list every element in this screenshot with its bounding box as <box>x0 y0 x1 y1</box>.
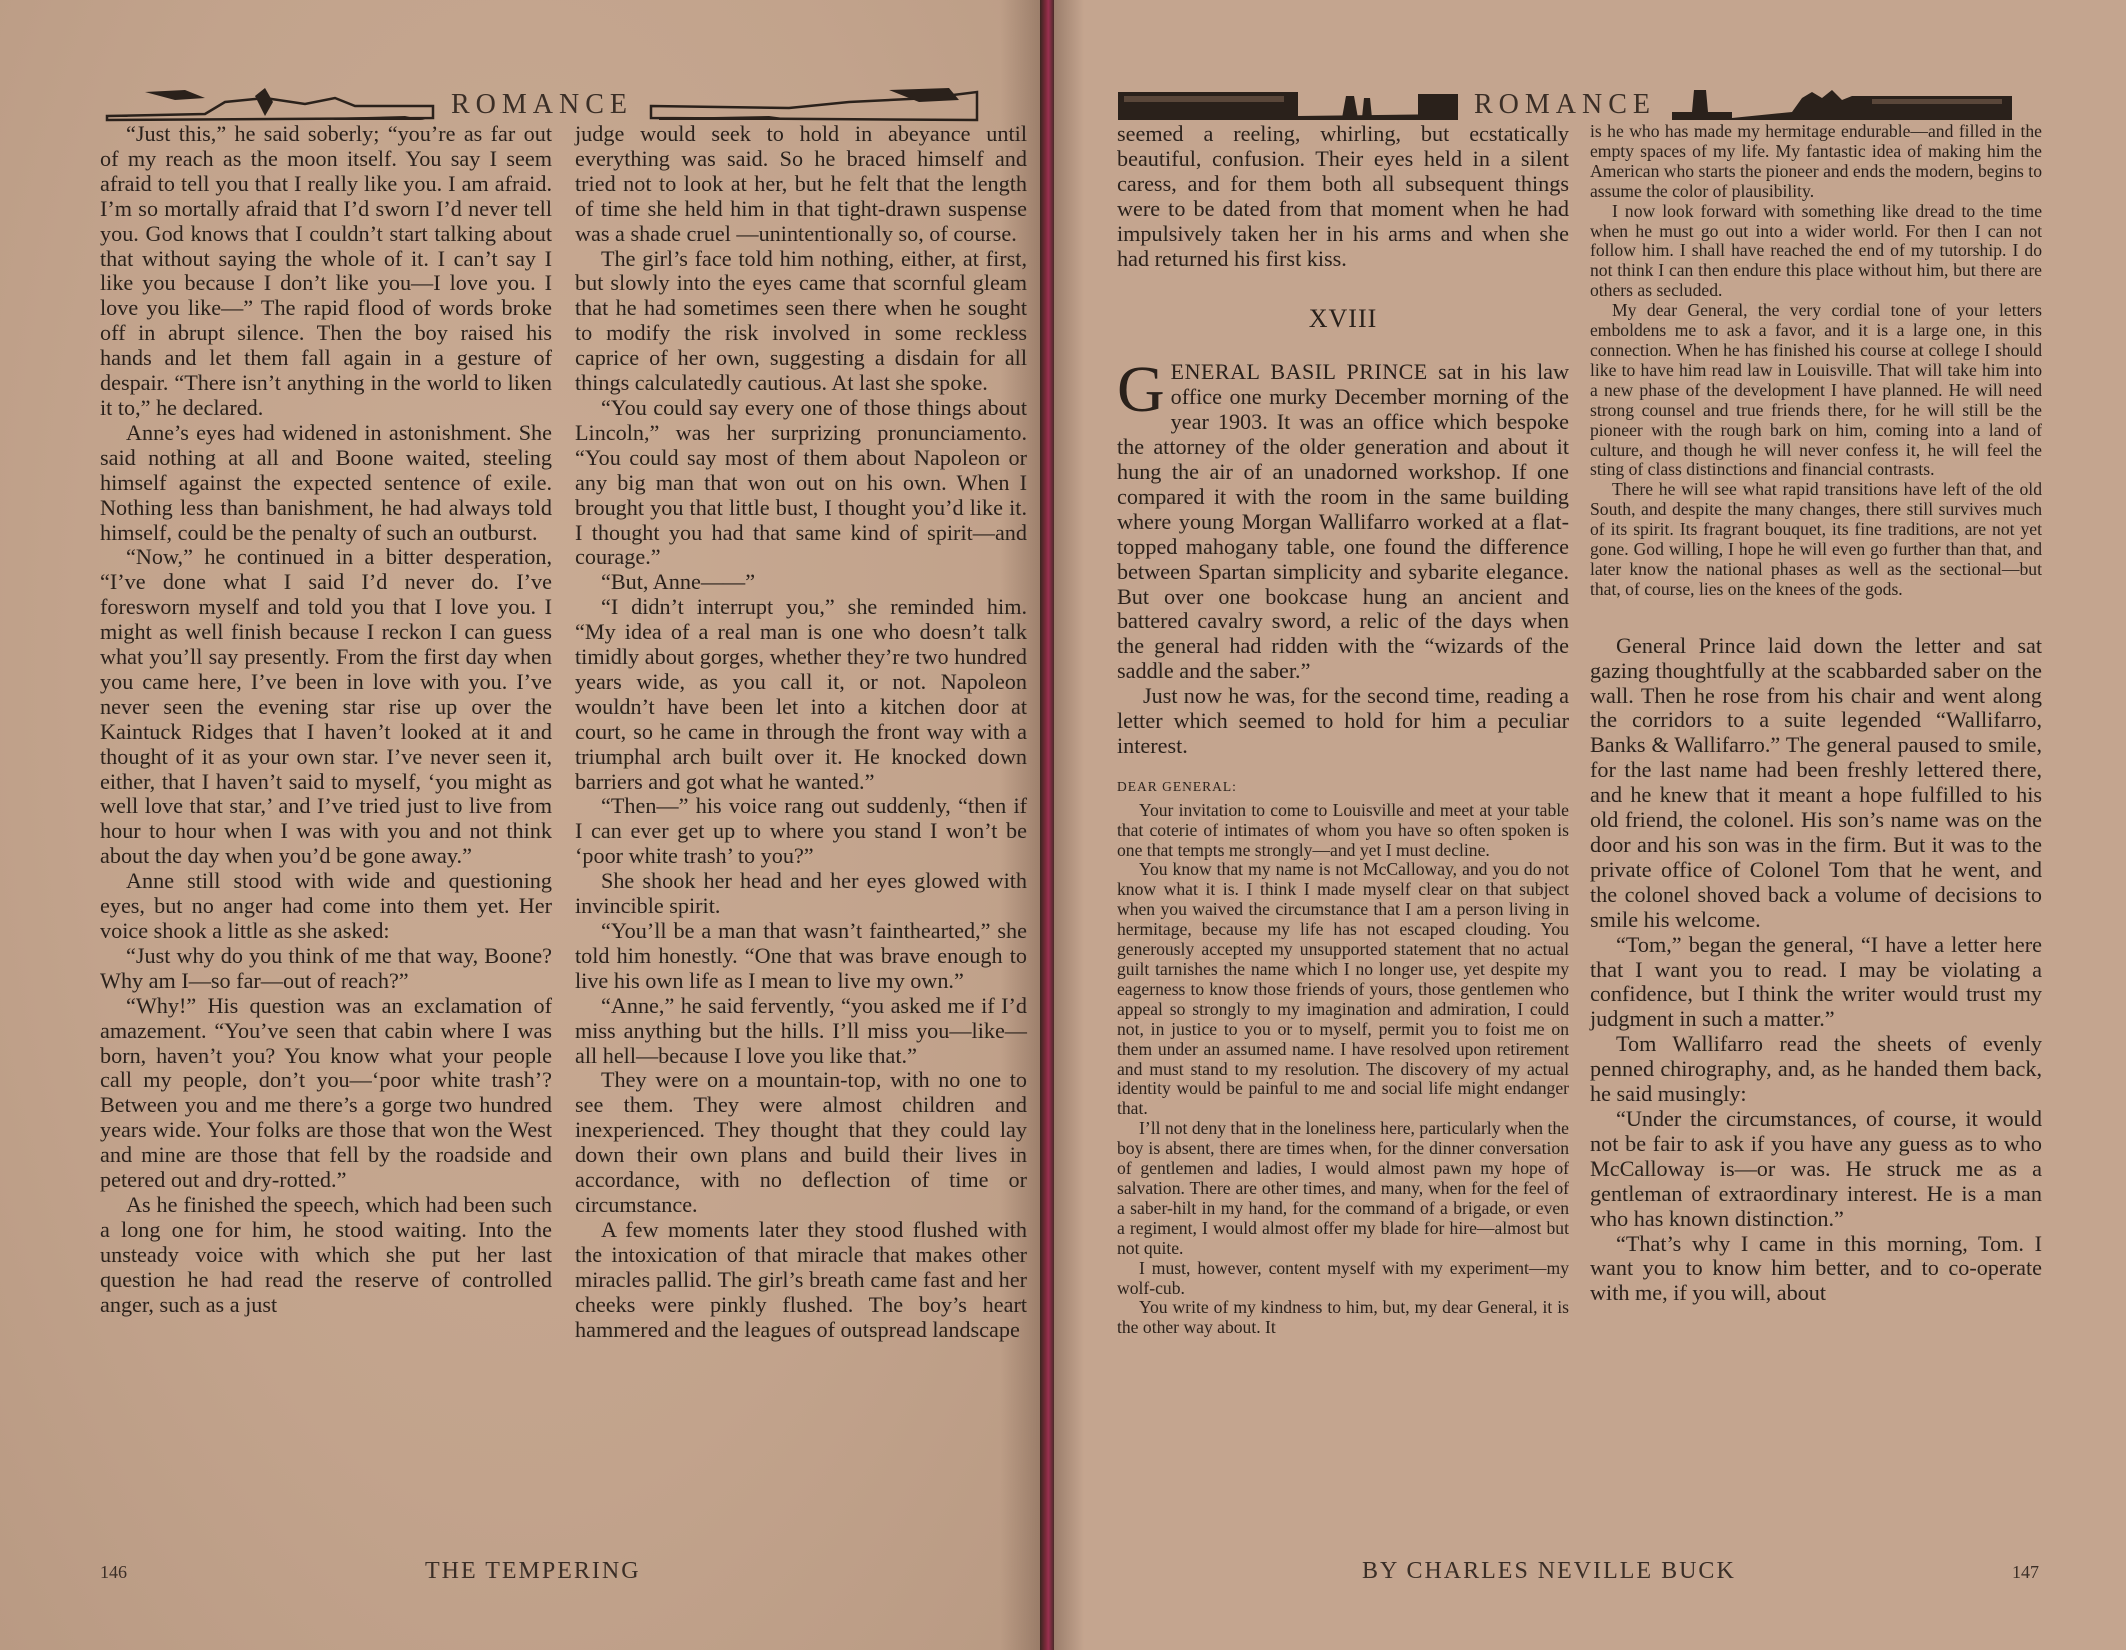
letter-paragraph: is he who has made my hermitage endurabl… <box>1590 122 2042 202</box>
opening-smallcaps: ENERAL BASIL PRINCE <box>1171 359 1428 384</box>
letter-paragraph: Your invitation to come to Louisville an… <box>1117 801 1569 861</box>
letter-paragraph: I now look forward with something like d… <box>1590 202 2042 302</box>
paragraph: A few moments later they stood flushed w… <box>575 1218 1027 1343</box>
paragraph: They were on a mountain-top, with no one… <box>575 1068 1027 1217</box>
paragraph: “Then—” his voice rang out suddenly, “th… <box>575 794 1027 869</box>
paragraph: “Under the circumstances, of course, it … <box>1590 1107 2042 1232</box>
paragraph: “That’s why I came in this morning, Tom.… <box>1590 1232 2042 1307</box>
running-title-left: THE TEMPERING <box>425 1558 641 1585</box>
page-number-right: 147 <box>2012 1562 2039 1583</box>
page-number-left: 146 <box>100 1562 127 1583</box>
chapter-heading: XVIII <box>1117 307 1569 332</box>
drop-cap: G <box>1117 364 1165 416</box>
letter-paragraph: My dear General, the very cordial tone o… <box>1590 301 2042 480</box>
paragraph: seemed a reeling, whirling, but ecstatic… <box>1117 122 1569 271</box>
paragraph: “Tom,” began the general, “I have a lett… <box>1590 933 2042 1033</box>
letter-paragraph: There he will see what rapid transitions… <box>1590 480 2042 599</box>
paragraph: “You could say every one of those things… <box>575 396 1027 570</box>
letter-block-2: is he who has made my hermitage endurabl… <box>1590 122 2042 600</box>
paragraph: “You’ll be a man that wasn’t fainthearte… <box>575 919 1027 994</box>
right-page-column-2: is he who has made my hermitage endurabl… <box>1590 122 2042 1306</box>
magazine-title-left: ROMANCE <box>435 89 649 121</box>
paragraph: “Now,” he continued in a bitter desperat… <box>100 545 552 869</box>
paragraph: judge would seek to hold in abeyance unt… <box>575 122 1027 247</box>
left-page-column-1: “Just this,” he said soberly; “you’re as… <box>100 122 552 1318</box>
letter-paragraph: You know that my name is not McCalloway,… <box>1117 860 1569 1119</box>
paragraph: “Why!” His question was an exclamation o… <box>100 994 552 1193</box>
paragraph: “Just this,” he said soberly; “you’re as… <box>100 122 552 421</box>
paragraph: General Prince laid down the letter and … <box>1590 634 2042 933</box>
paragraph: “I didn’t interrupt you,” she reminded h… <box>575 595 1027 794</box>
paragraph: The girl’s face told him nothing, either… <box>575 247 1027 396</box>
left-page-column-2: judge would seek to hold in abeyance unt… <box>575 122 1027 1342</box>
right-page-column-1: seemed a reeling, whirling, but ecstatic… <box>1117 122 1569 1338</box>
forest-silhouette-ornament-icon <box>1118 88 1458 122</box>
letter-paragraph: I’ll not deny that in the loneliness her… <box>1117 1119 1569 1258</box>
letter-salutation: DEAR GENERAL: <box>1117 777 1569 797</box>
chapter-opening-paragraph: GENERAL BASIL PRINCE sat in his law offi… <box>1117 360 1569 684</box>
paragraph: “But, Anne——” <box>575 570 1027 595</box>
magazine-title-right: ROMANCE <box>1458 89 1672 121</box>
paragraph: “Just why do you think of me that way, B… <box>100 944 552 994</box>
horseman-silhouette-ornament-icon <box>1672 88 2012 122</box>
paragraph: Anne still stood with wide and questioni… <box>100 869 552 944</box>
running-title-right: BY CHARLES NEVILLE BUCK <box>1362 1558 1736 1585</box>
paragraph: Anne’s eyes had widened in astonishment.… <box>100 421 552 546</box>
paragraph: Just now he was, for the second time, re… <box>1117 684 1569 759</box>
letter-paragraph: You write of my kindness to him, but, my… <box>1117 1298 1569 1338</box>
paragraph: Tom Wallifarro read the sheets of evenly… <box>1590 1032 2042 1107</box>
paragraph: She shook her head and her eyes glowed w… <box>575 869 1027 919</box>
landscape-ornament-icon <box>649 88 979 122</box>
letter-block-1: DEAR GENERAL: Your invitation to come to… <box>1117 777 1569 1338</box>
opening-text: sat in his law office one murky December… <box>1117 359 1569 683</box>
landscape-ornament-icon <box>105 88 435 122</box>
paragraph: “Anne,” he said fervently, “you asked me… <box>575 994 1027 1069</box>
paragraph: As he finished the speech, which had bee… <box>100 1193 552 1318</box>
letter-paragraph: I must, however, content myself with my … <box>1117 1259 1569 1299</box>
